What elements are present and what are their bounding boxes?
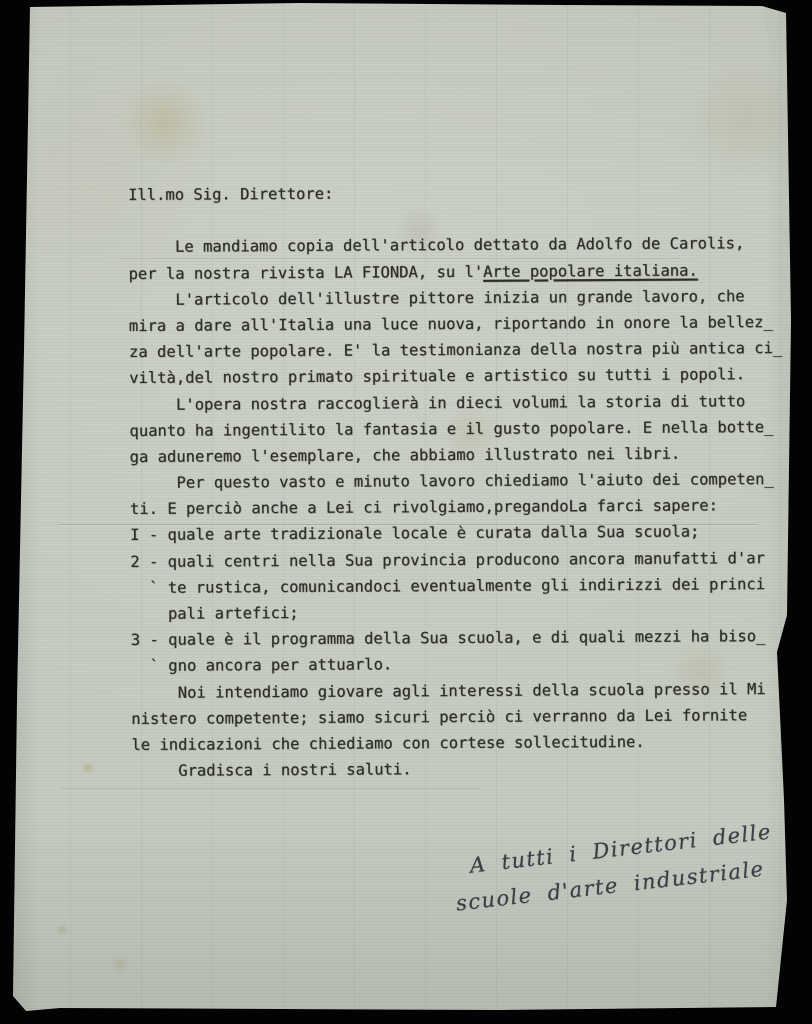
typed-line: ` gno ancora per attuarlo.: [131, 653, 791, 683]
typed-line: Gradisca i nostri saluti.: [132, 758, 792, 788]
typed-line: L'articolo dell'illustre pittore inizia …: [129, 287, 789, 317]
typed-line: [128, 208, 788, 238]
typed-line: Noi intendiamo giovare agli interessi de…: [131, 680, 791, 710]
typed-line: ga aduneremo l'esemplare, che abbiamo il…: [130, 444, 790, 474]
typed-line: 3 - quale è il programma della Sua scuol…: [131, 627, 791, 657]
typed-letter-body: Ill.mo Sig. Direttore: Le mandiamo copia…: [128, 182, 792, 788]
typed-line: Ill.mo Sig. Direttore:: [128, 182, 788, 212]
typed-line: quanto ha ingentilito la fantasia e il g…: [129, 418, 789, 448]
typed-line: per la nostra rivista LA FIONDA, su l'Ar…: [128, 261, 788, 291]
typed-line: L'opera nostra raccoglierà in dieci volu…: [129, 391, 789, 421]
typed-line: ` te rustica, comunicandoci eventualment…: [130, 575, 790, 605]
letter-page: Ill.mo Sig. Direttore: Le mandiamo copia…: [0, 0, 812, 1024]
typed-line: le indicazioni che chiediamo con cortese…: [131, 732, 791, 762]
fold-crease: [60, 788, 480, 789]
scan-background: Ill.mo Sig. Direttore: Le mandiamo copia…: [0, 0, 812, 1024]
handwritten-annotation: A tutti i Direttori delle scuole d'arte …: [450, 812, 796, 922]
typed-line: nistero competente; siamo sicuri perciò …: [131, 706, 791, 736]
typed-line: viltà,del nostro primato spirituale e ar…: [129, 365, 789, 395]
typed-line: Le mandiamo copia dell'articolo dettato …: [128, 234, 788, 264]
typed-line: 2 - quali centri nella Sua provincia pro…: [130, 549, 790, 579]
typed-line: I - quale arte tradizionale locale è cur…: [130, 522, 790, 552]
